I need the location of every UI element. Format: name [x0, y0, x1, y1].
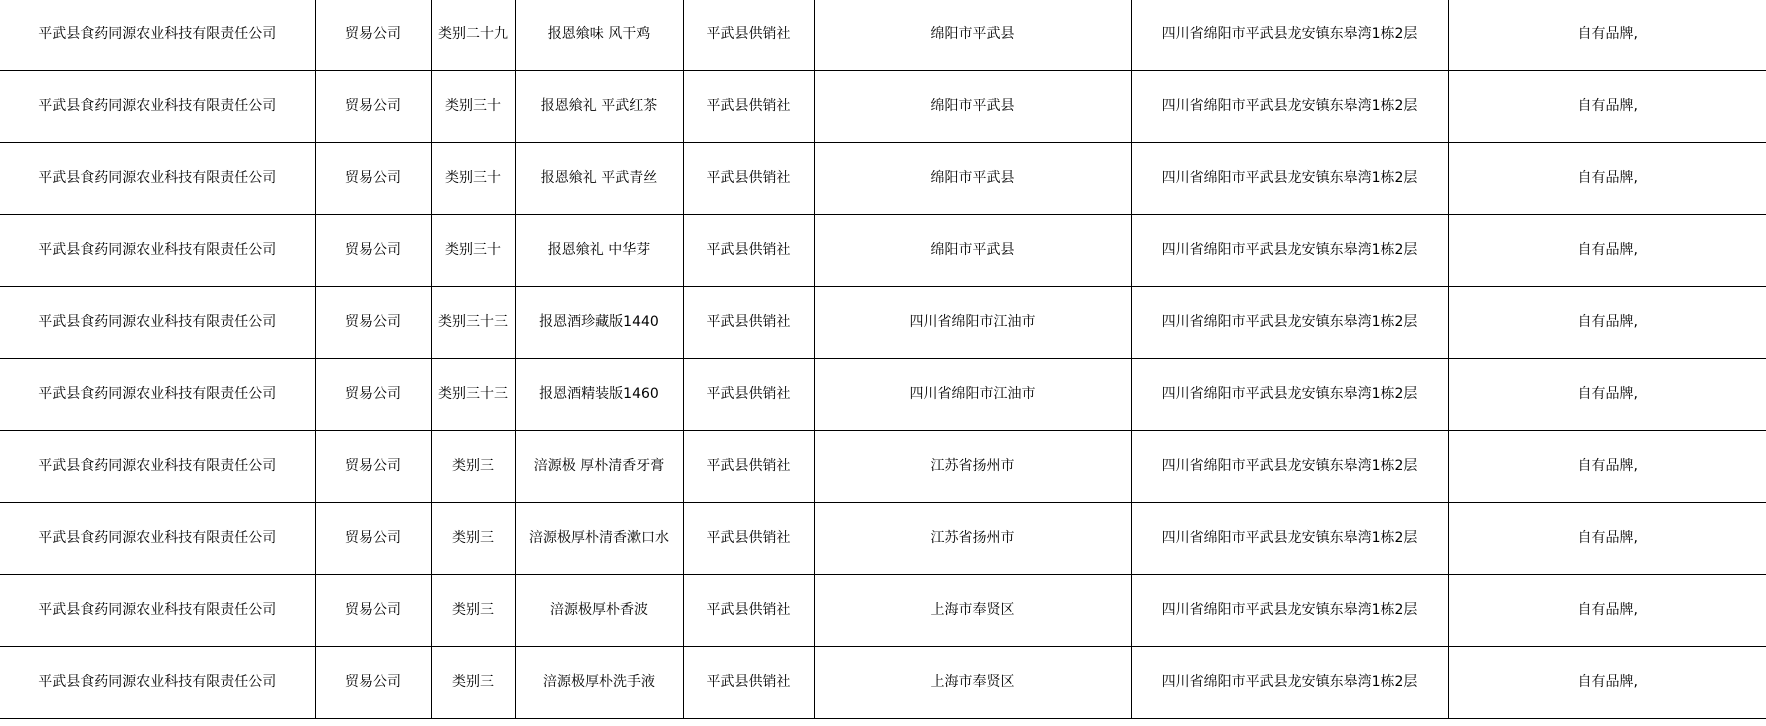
cell-product[interactable]: 报恩飨礼 平武红茶	[515, 71, 683, 143]
cell-category[interactable]: 类别二十九	[431, 0, 515, 71]
cell-text: 贸易公司	[318, 359, 429, 401]
cell-origin[interactable]: 上海市奉贤区	[814, 647, 1131, 719]
cell-origin[interactable]: 绵阳市平武县	[814, 143, 1131, 215]
cell-product[interactable]: 报恩飨味 风干鸡	[515, 0, 683, 71]
cell-text: 贸易公司	[318, 431, 429, 473]
cell-company-type[interactable]: 贸易公司	[315, 647, 431, 719]
cell-company[interactable]: 平武县食药同源农业科技有限责任公司	[0, 0, 315, 71]
cell-address[interactable]: 四川省绵阳市平武县龙安镇东皋湾1栋2层	[1131, 287, 1448, 359]
cell-product[interactable]: 涪源极厚朴洗手液	[515, 647, 683, 719]
cell-text: 自有品牌,	[1451, 215, 1766, 257]
cell-text: 绵阳市平武县	[817, 0, 1129, 41]
cell-product[interactable]: 涪源极厚朴香波	[515, 575, 683, 647]
cell-text: 类别三十	[434, 71, 513, 113]
cell-text: 四川省绵阳市平武县龙安镇东皋湾1栋2层	[1134, 431, 1446, 473]
cell-supplier[interactable]: 平武县供销社	[683, 359, 814, 431]
cell-text: 绵阳市平武县	[817, 215, 1129, 257]
cell-supplier[interactable]: 平武县供销社	[683, 287, 814, 359]
cell-text: 平武县食药同源农业科技有限责任公司	[2, 0, 313, 41]
cell-address[interactable]: 四川省绵阳市平武县龙安镇东皋湾1栋2层	[1131, 503, 1448, 575]
cell-origin[interactable]: 绵阳市平武县	[814, 0, 1131, 71]
cell-text: 类别三	[434, 431, 513, 473]
cell-text: 四川省绵阳市平武县龙安镇东皋湾1栋2层	[1134, 71, 1446, 113]
cell-supplier[interactable]: 平武县供销社	[683, 647, 814, 719]
cell-text: 四川省绵阳市平武县龙安镇东皋湾1栋2层	[1134, 215, 1446, 257]
cell-text: 涪源极厚朴洗手液	[518, 647, 681, 689]
table-row: 平武县食药同源农业科技有限责任公司贸易公司类别三十三报恩酒珍藏版1440平武县供…	[0, 287, 1766, 359]
cell-brand-note[interactable]: 自有品牌,	[1448, 647, 1766, 719]
cell-text: 报恩酒珍藏版1440	[518, 287, 681, 329]
cell-address[interactable]: 四川省绵阳市平武县龙安镇东皋湾1栋2层	[1131, 0, 1448, 71]
cell-address[interactable]: 四川省绵阳市平武县龙安镇东皋湾1栋2层	[1131, 359, 1448, 431]
cell-company[interactable]: 平武县食药同源农业科技有限责任公司	[0, 503, 315, 575]
cell-text: 贸易公司	[318, 71, 429, 113]
cell-text: 自有品牌,	[1451, 431, 1766, 473]
cell-brand-note[interactable]: 自有品牌,	[1448, 503, 1766, 575]
cell-supplier[interactable]: 平武县供销社	[683, 503, 814, 575]
cell-product[interactable]: 涪源极 厚朴清香牙膏	[515, 431, 683, 503]
cell-company[interactable]: 平武县食药同源农业科技有限责任公司	[0, 287, 315, 359]
cell-text: 自有品牌,	[1451, 503, 1766, 545]
cell-text: 绵阳市平武县	[817, 143, 1129, 185]
cell-company-type[interactable]: 贸易公司	[315, 287, 431, 359]
cell-text: 平武县食药同源农业科技有限责任公司	[2, 215, 313, 257]
cell-text: 类别三	[434, 647, 513, 689]
cell-origin[interactable]: 江苏省扬州市	[814, 431, 1131, 503]
cell-text: 江苏省扬州市	[817, 431, 1129, 473]
cell-address[interactable]: 四川省绵阳市平武县龙安镇东皋湾1栋2层	[1131, 143, 1448, 215]
cell-category[interactable]: 类别三	[431, 575, 515, 647]
cell-supplier[interactable]: 平武县供销社	[683, 575, 814, 647]
cell-product[interactable]: 涪源极厚朴清香漱口水	[515, 503, 683, 575]
cell-brand-note[interactable]: 自有品牌,	[1448, 575, 1766, 647]
cell-text: 平武县食药同源农业科技有限责任公司	[2, 287, 313, 329]
cell-text: 平武县供销社	[686, 215, 812, 257]
cell-origin[interactable]: 四川省绵阳市江油市	[814, 287, 1131, 359]
cell-origin[interactable]: 四川省绵阳市江油市	[814, 359, 1131, 431]
cell-text: 贸易公司	[318, 143, 429, 185]
cell-text: 平武县食药同源农业科技有限责任公司	[2, 647, 313, 689]
cell-text: 平武县供销社	[686, 71, 812, 113]
cell-text: 平武县供销社	[686, 359, 812, 401]
cell-text: 平武县供销社	[686, 143, 812, 185]
cell-address[interactable]: 四川省绵阳市平武县龙安镇东皋湾1栋2层	[1131, 575, 1448, 647]
cell-brand-note[interactable]: 自有品牌,	[1448, 359, 1766, 431]
cell-text: 类别三	[434, 503, 513, 545]
cell-address[interactable]: 四川省绵阳市平武县龙安镇东皋湾1栋2层	[1131, 215, 1448, 287]
cell-text: 类别三十	[434, 143, 513, 185]
cell-company-type[interactable]: 贸易公司	[315, 143, 431, 215]
cell-address[interactable]: 四川省绵阳市平武县龙安镇东皋湾1栋2层	[1131, 431, 1448, 503]
cell-text: 贸易公司	[318, 575, 429, 617]
table-row: 平武县食药同源农业科技有限责任公司贸易公司类别二十九报恩飨味 风干鸡平武县供销社…	[0, 0, 1766, 71]
cell-text: 江苏省扬州市	[817, 503, 1129, 545]
cell-company[interactable]: 平武县食药同源农业科技有限责任公司	[0, 143, 315, 215]
cell-text: 上海市奉贤区	[817, 647, 1129, 689]
cell-text: 平武县供销社	[686, 647, 812, 689]
cell-text: 四川省绵阳市平武县龙安镇东皋湾1栋2层	[1134, 503, 1446, 545]
cell-text: 贸易公司	[318, 287, 429, 329]
cell-supplier[interactable]: 平武县供销社	[683, 0, 814, 71]
table-row: 平武县食药同源农业科技有限责任公司贸易公司类别三涪源极厚朴清香漱口水平武县供销社…	[0, 503, 1766, 575]
cell-product[interactable]: 报恩飨礼 平武青丝	[515, 143, 683, 215]
cell-product[interactable]: 报恩酒珍藏版1440	[515, 287, 683, 359]
cell-text: 平武县供销社	[686, 431, 812, 473]
cell-origin[interactable]: 绵阳市平武县	[814, 71, 1131, 143]
cell-text: 平武县供销社	[686, 0, 812, 41]
cell-company-type[interactable]: 贸易公司	[315, 575, 431, 647]
cell-text: 平武县食药同源农业科技有限责任公司	[2, 503, 313, 545]
cell-company[interactable]: 平武县食药同源农业科技有限责任公司	[0, 359, 315, 431]
cell-text: 类别二十九	[434, 0, 513, 41]
cell-text: 报恩飨味 风干鸡	[518, 0, 681, 41]
table-row: 平武县食药同源农业科技有限责任公司贸易公司类别三十报恩飨礼 中华芽平武县供销社绵…	[0, 215, 1766, 287]
cell-text: 平武县食药同源农业科技有限责任公司	[2, 71, 313, 113]
cell-text: 自有品牌,	[1451, 575, 1766, 617]
cell-company[interactable]: 平武县食药同源农业科技有限责任公司	[0, 575, 315, 647]
table-body: 平武县食药同源农业科技有限责任公司贸易公司类别二十九报恩飨味 风干鸡平武县供销社…	[0, 0, 1766, 719]
cell-text: 涪源极厚朴清香漱口水	[518, 503, 681, 545]
cell-company[interactable]: 平武县食药同源农业科技有限责任公司	[0, 647, 315, 719]
cell-text: 自有品牌,	[1451, 647, 1766, 689]
cell-supplier[interactable]: 平武县供销社	[683, 71, 814, 143]
cell-brand-note[interactable]: 自有品牌,	[1448, 287, 1766, 359]
cell-text: 平武县食药同源农业科技有限责任公司	[2, 431, 313, 473]
table-row: 平武县食药同源农业科技有限责任公司贸易公司类别三十三报恩酒精装版1460平武县供…	[0, 359, 1766, 431]
cell-text: 四川省绵阳市平武县龙安镇东皋湾1栋2层	[1134, 143, 1446, 185]
cell-text: 类别三十	[434, 215, 513, 257]
cell-supplier[interactable]: 平武县供销社	[683, 143, 814, 215]
cell-category[interactable]: 类别三	[431, 647, 515, 719]
cell-text: 四川省绵阳市平武县龙安镇东皋湾1栋2层	[1134, 359, 1446, 401]
cell-brand-note[interactable]: 自有品牌,	[1448, 143, 1766, 215]
cell-category[interactable]: 类别三	[431, 503, 515, 575]
cell-company-type[interactable]: 贸易公司	[315, 503, 431, 575]
cell-text: 贸易公司	[318, 215, 429, 257]
cell-address[interactable]: 四川省绵阳市平武县龙安镇东皋湾1栋2层	[1131, 71, 1448, 143]
cell-text: 贸易公司	[318, 503, 429, 545]
cell-category[interactable]: 类别三十三	[431, 287, 515, 359]
cell-category[interactable]: 类别三十	[431, 215, 515, 287]
cell-product[interactable]: 报恩飨礼 中华芽	[515, 215, 683, 287]
cell-text: 报恩飨礼 平武青丝	[518, 143, 681, 185]
cell-text: 四川省绵阳市平武县龙安镇东皋湾1栋2层	[1134, 0, 1446, 41]
cell-brand-note[interactable]: 自有品牌,	[1448, 431, 1766, 503]
cell-category[interactable]: 类别三十	[431, 71, 515, 143]
cell-product[interactable]: 报恩酒精装版1460	[515, 359, 683, 431]
cell-text: 四川省绵阳市平武县龙安镇东皋湾1栋2层	[1134, 287, 1446, 329]
cell-text: 绵阳市平武县	[817, 71, 1129, 113]
cell-text: 报恩飨礼 平武红茶	[518, 71, 681, 113]
cell-brand-note[interactable]: 自有品牌,	[1448, 0, 1766, 71]
table-row: 平武县食药同源农业科技有限责任公司贸易公司类别三涪源极 厚朴清香牙膏平武县供销社…	[0, 431, 1766, 503]
table-row: 平武县食药同源农业科技有限责任公司贸易公司类别三十报恩飨礼 平武红茶平武县供销社…	[0, 71, 1766, 143]
cell-origin[interactable]: 上海市奉贤区	[814, 575, 1131, 647]
cell-text: 类别三	[434, 575, 513, 617]
table-row: 平武县食药同源农业科技有限责任公司贸易公司类别三涪源极厚朴香波平武县供销社上海市…	[0, 575, 1766, 647]
cell-category[interactable]: 类别三	[431, 431, 515, 503]
cell-text: 报恩飨礼 中华芽	[518, 215, 681, 257]
cell-text: 四川省绵阳市江油市	[817, 359, 1129, 401]
table-row: 平武县食药同源农业科技有限责任公司贸易公司类别三涪源极厚朴洗手液平武县供销社上海…	[0, 647, 1766, 719]
cell-text: 平武县供销社	[686, 575, 812, 617]
cell-company[interactable]: 平武县食药同源农业科技有限责任公司	[0, 71, 315, 143]
cell-text: 四川省绵阳市江油市	[817, 287, 1129, 329]
cell-text: 贸易公司	[318, 0, 429, 41]
cell-text: 类别三十三	[434, 287, 513, 329]
cell-origin[interactable]: 绵阳市平武县	[814, 215, 1131, 287]
table-row: 平武县食药同源农业科技有限责任公司贸易公司类别三十报恩飨礼 平武青丝平武县供销社…	[0, 143, 1766, 215]
cell-supplier[interactable]: 平武县供销社	[683, 431, 814, 503]
cell-text: 自有品牌,	[1451, 71, 1766, 113]
cell-text: 涪源极 厚朴清香牙膏	[518, 431, 681, 473]
cell-address[interactable]: 四川省绵阳市平武县龙安镇东皋湾1栋2层	[1131, 647, 1448, 719]
cell-text: 自有品牌,	[1451, 359, 1766, 401]
cell-text: 涪源极厚朴香波	[518, 575, 681, 617]
cell-company-type[interactable]: 贸易公司	[315, 431, 431, 503]
cell-text: 平武县食药同源农业科技有限责任公司	[2, 143, 313, 185]
cell-text: 平武县食药同源农业科技有限责任公司	[2, 359, 313, 401]
cell-text: 平武县食药同源农业科技有限责任公司	[2, 575, 313, 617]
cell-company-type[interactable]: 贸易公司	[315, 71, 431, 143]
cell-category[interactable]: 类别三十	[431, 143, 515, 215]
cell-origin[interactable]: 江苏省扬州市	[814, 503, 1131, 575]
cell-text: 平武县供销社	[686, 287, 812, 329]
cell-category[interactable]: 类别三十三	[431, 359, 515, 431]
cell-company[interactable]: 平武县食药同源农业科技有限责任公司	[0, 431, 315, 503]
cell-text: 报恩酒精装版1460	[518, 359, 681, 401]
cell-company-type[interactable]: 贸易公司	[315, 0, 431, 71]
cell-company-type[interactable]: 贸易公司	[315, 215, 431, 287]
cell-supplier[interactable]: 平武县供销社	[683, 215, 814, 287]
cell-brand-note[interactable]: 自有品牌,	[1448, 215, 1766, 287]
product-registry-table: 平武县食药同源农业科技有限责任公司贸易公司类别二十九报恩飨味 风干鸡平武县供销社…	[0, 0, 1766, 719]
cell-text: 自有品牌,	[1451, 287, 1766, 329]
cell-text: 自有品牌,	[1451, 143, 1766, 185]
cell-text: 类别三十三	[434, 359, 513, 401]
cell-text: 上海市奉贤区	[817, 575, 1129, 617]
cell-text: 平武县供销社	[686, 503, 812, 545]
cell-brand-note[interactable]: 自有品牌,	[1448, 71, 1766, 143]
cell-text: 自有品牌,	[1451, 0, 1766, 41]
cell-company-type[interactable]: 贸易公司	[315, 359, 431, 431]
cell-text: 四川省绵阳市平武县龙安镇东皋湾1栋2层	[1134, 647, 1446, 689]
cell-company[interactable]: 平武县食药同源农业科技有限责任公司	[0, 215, 315, 287]
cell-text: 贸易公司	[318, 647, 429, 689]
cell-text: 四川省绵阳市平武县龙安镇东皋湾1栋2层	[1134, 575, 1446, 617]
